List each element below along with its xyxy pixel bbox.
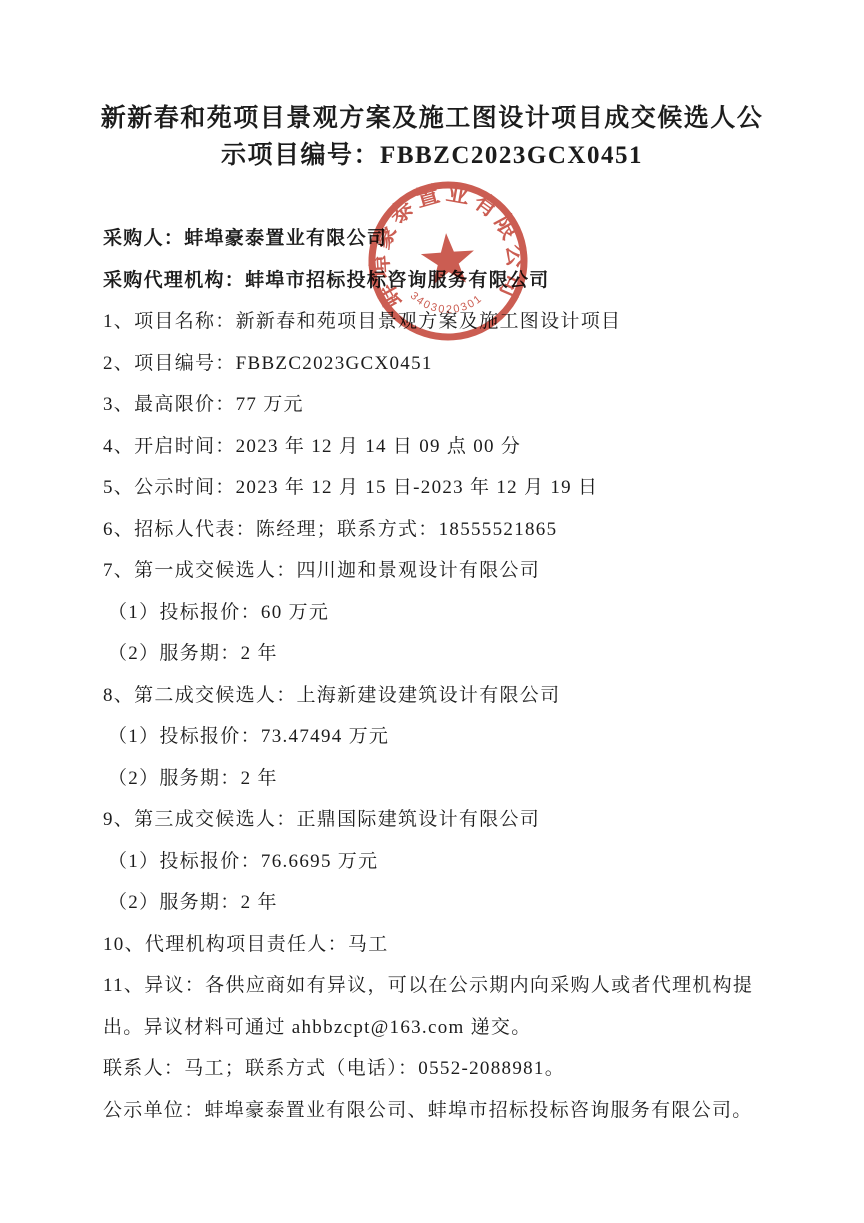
- item-contact: 联系人：马工；联系方式（电话）：0552-2088981。: [103, 1046, 768, 1088]
- item-open-time: 4、开启时间：2023 年 12 月 14 日 09 点 00 分: [103, 424, 768, 466]
- candidate-1-service-term: （2）服务期：2 年: [103, 631, 768, 673]
- candidate-3-name: 9、第三成交候选人：正鼎国际建筑设计有限公司: [103, 797, 768, 839]
- item-project-code: 2、项目编号：FBBZC2023GCX0451: [103, 341, 768, 383]
- candidate-2-bid-price: （1）投标报价：73.47494 万元: [103, 714, 768, 756]
- document-title-line1: 新新春和苑项目景观方案及施工图设计项目成交候选人公: [0, 100, 864, 137]
- candidate-3-service-term: （2）服务期：2 年: [103, 880, 768, 922]
- candidate-1-name: 7、第一成交候选人：四川迦和景观设计有限公司: [103, 548, 768, 590]
- item-objection-line1: 11、异议：各供应商如有异议，可以在公示期内向采购人或者代理机构提: [103, 963, 768, 1005]
- candidate-2-service-term: （2）服务期：2 年: [103, 756, 768, 798]
- document-page: 新新春和苑项目景观方案及施工图设计项目成交候选人公 示项目编号：FBBZC202…: [0, 0, 864, 1223]
- item-publicity-period: 5、公示时间：2023 年 12 月 15 日-2023 年 12 月 19 日: [103, 465, 768, 507]
- document-title-line2: 示项目编号：FBBZC2023GCX0451: [0, 137, 864, 174]
- item-objection-line2: 出。异议材料可通过 ahbbzcpt@163.com 递交。: [103, 1005, 768, 1047]
- item-agency-manager: 10、代理机构项目责任人：马工: [103, 922, 768, 964]
- agency-line: 采购代理机构：蚌埠市招标投标咨询服务有限公司: [103, 258, 768, 300]
- candidate-2-name: 8、第二成交候选人：上海新建设建筑设计有限公司: [103, 673, 768, 715]
- purchaser-line: 采购人：蚌埠豪泰置业有限公司: [103, 216, 768, 258]
- document-body: 采购人：蚌埠豪泰置业有限公司 采购代理机构：蚌埠市招标投标咨询服务有限公司 1、…: [0, 216, 864, 1129]
- document-title: 新新春和苑项目景观方案及施工图设计项目成交候选人公 示项目编号：FBBZC202…: [0, 100, 864, 174]
- item-bidder-representative: 6、招标人代表：陈经理；联系方式：18555521865: [103, 507, 768, 549]
- candidate-1-bid-price: （1）投标报价：60 万元: [103, 590, 768, 632]
- item-project-name: 1、项目名称：新新春和苑项目景观方案及施工图设计项目: [103, 299, 768, 341]
- item-max-price: 3、最高限价：77 万元: [103, 382, 768, 424]
- item-publisher: 公示单位：蚌埠豪泰置业有限公司、蚌埠市招标投标咨询服务有限公司。: [103, 1088, 768, 1130]
- candidate-3-bid-price: （1）投标报价：76.6695 万元: [103, 839, 768, 881]
